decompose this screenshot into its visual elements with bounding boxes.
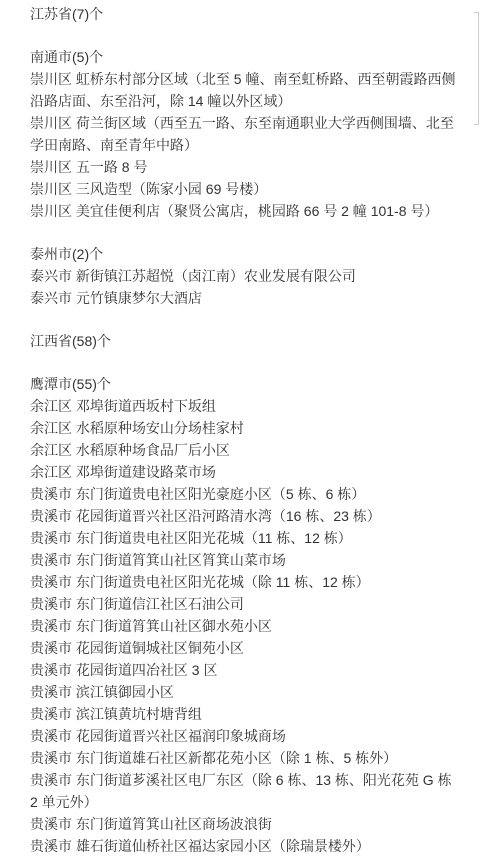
city-heading: 鹰潭市(55)个 <box>30 373 460 395</box>
city-section: 南通市(5)个崇川区 虹桥东村部分区域（北至 5 幢、南至虹桥路、西至朝霞路西侧… <box>30 46 460 222</box>
risk-area-item: 贵溪市 东门街道贵电社区阳光花城（11 栋、12 栋） <box>30 527 460 549</box>
scrollbar-thumb[interactable] <box>474 12 479 125</box>
risk-area-item: 贵溪市 东门街道雄石社区新都花苑小区（除 1 栋、5 栋外） <box>30 747 460 769</box>
risk-area-item: 泰兴市 新街镇江苏超悦（卤江南）农业发展有限公司 <box>30 265 460 287</box>
risk-area-item: 贵溪市 东门街道芗溪社区电厂东区（除 6 栋、13 栋、阳光花苑 G 栋 2 单… <box>30 769 460 813</box>
province-heading: 江西省(58)个 <box>30 330 460 352</box>
risk-area-item: 贵溪市 滨江镇御园小区 <box>30 681 460 703</box>
risk-area-item: 贵溪市 东门街道筲箕山社区御水苑小区 <box>30 615 460 637</box>
risk-area-item: 崇川区 荷兰街区域（西至五一路、东至南通职业大学西侧围墙、北至学田南路、南至青年… <box>30 112 460 156</box>
city-heading: 南通市(5)个 <box>30 46 460 68</box>
risk-area-item: 崇川区 三风造型（陈家小园 69 号楼） <box>30 178 460 200</box>
risk-area-item: 崇川区 五一路 8 号 <box>30 156 460 178</box>
province-section: 江苏省(7)个 <box>30 3 460 25</box>
risk-area-item: 贵溪市 东门街道筲箕山社区筲箕山菜市场 <box>30 549 460 571</box>
risk-area-item: 贵溪市 花园街道晋兴社区福润印象城商场 <box>30 725 460 747</box>
risk-area-item: 贵溪市 花园街道铜城社区铜苑小区 <box>30 637 460 659</box>
risk-area-item: 余江区 水稻原种场食品厂后小区 <box>30 439 460 461</box>
province-section: 江西省(58)个 <box>30 330 460 352</box>
city-heading: 泰州市(2)个 <box>30 243 460 265</box>
risk-area-item: 贵溪市 东门街道贵电社区阳光花城（除 11 栋、12 栋） <box>30 571 460 593</box>
risk-area-item: 贵溪市 东门街道筲箕山社区商场波浪街 <box>30 813 460 835</box>
risk-area-item: 贵溪市 花园街道四冶社区 3 区 <box>30 659 460 681</box>
risk-area-list: 江苏省(7)个南通市(5)个崇川区 虹桥东村部分区域（北至 5 幢、南至虹桥路、… <box>0 0 482 857</box>
risk-area-item: 崇川区 美宜佳便利店（聚贤公寓店，桃园路 66 号 2 幢 101-8 号） <box>30 200 460 222</box>
risk-area-item: 贵溪市 雄石街道仙桥社区福达家园小区（除瑞景楼外） <box>30 835 460 857</box>
risk-area-item: 崇川区 虹桥东村部分区域（北至 5 幢、南至虹桥路、西至朝霞路西侧沿路店面、东至… <box>30 68 460 112</box>
risk-area-item: 泰兴市 元竹镇康梦尔大酒店 <box>30 287 460 309</box>
risk-area-item: 贵溪市 东门街道信江社区石油公司 <box>30 593 460 615</box>
risk-area-item: 贵溪市 东门街道贵电社区阳光豪庭小区（5 栋、6 栋） <box>30 483 460 505</box>
risk-area-item: 余江区 邓埠街道西坂村下坂组 <box>30 395 460 417</box>
province-heading: 江苏省(7)个 <box>30 3 460 25</box>
city-section: 泰州市(2)个泰兴市 新街镇江苏超悦（卤江南）农业发展有限公司泰兴市 元竹镇康梦… <box>30 243 460 309</box>
risk-area-item: 余江区 邓埠街道建设路菜市场 <box>30 461 460 483</box>
risk-area-item: 贵溪市 滨江镇黄坑村塘背组 <box>30 703 460 725</box>
risk-area-item: 贵溪市 花园街道晋兴社区沿河路清水湾（16 栋、23 栋） <box>30 505 460 527</box>
risk-area-item: 余江区 水稻原种场安山分场桂家村 <box>30 417 460 439</box>
city-section: 鹰潭市(55)个余江区 邓埠街道西坂村下坂组余江区 水稻原种场安山分场桂家村余江… <box>30 373 460 857</box>
